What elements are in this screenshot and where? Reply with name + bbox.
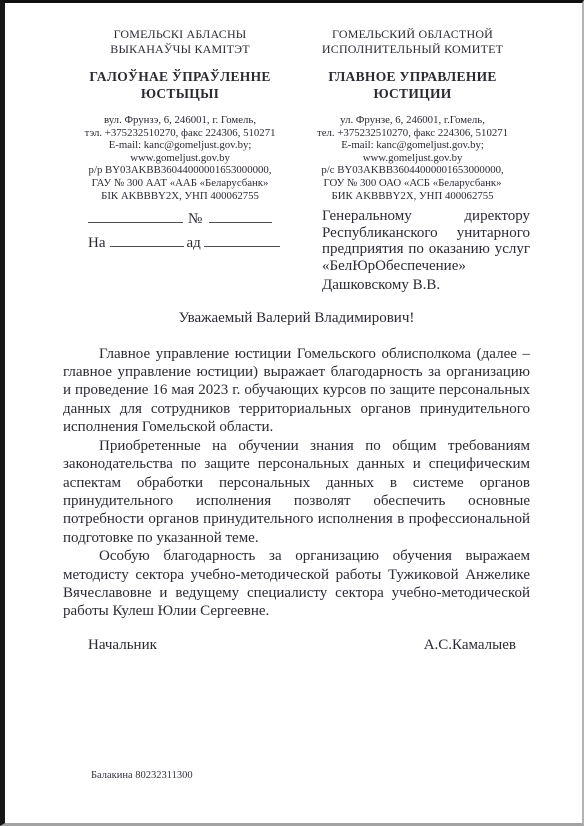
bank-name-line: ГОУ № 300 ОАО «АСБ «Беларусбанк» (295, 177, 530, 190)
bank-code-line: БІК AKBBBY2X, УНП 400062755 (65, 190, 295, 203)
department-name-line: ЮСТЫЦЫІ (65, 86, 295, 103)
department-name-line: ЮСТИЦИИ (295, 86, 530, 103)
bank-code-line: БИК AKBBBY2X, УНП 400062755 (295, 190, 530, 203)
bank-name-line: ГАУ № 300 ААТ «ААБ «Беларусбанк» (65, 177, 295, 190)
email-line: E-mail: kanc@gomeljust.gov.by; (295, 139, 530, 152)
org-name-line: ГОМЕЛЬСКІ АБЛАСНЫ (65, 27, 295, 42)
signature-title: Начальник (88, 637, 157, 654)
number-symbol: № (188, 211, 202, 228)
org-name-line: ВЫКАНАЎЧЫ КАМІТЭТ (65, 42, 295, 57)
incoming-number-blank-line (110, 232, 184, 247)
department-name-line: ГЛАВНОЕ УПРАВЛЕНИЕ (295, 69, 530, 86)
scanned-letter-page: ГОМЕЛЬСКІ АБЛАСНЫ ВЫКАНАЎЧЫ КАМІТЭТ ГАЛО… (0, 0, 584, 826)
department-name-belarusian: ГАЛОЎНАЕ ЎПРАЎЛЕННЕ ЮСТЫЦЫІ (65, 69, 295, 102)
number-blank-line (209, 208, 272, 223)
salutation: Уважаемый Валерий Владимирович! (63, 308, 530, 329)
signature-name: А.С.Камалыев (424, 637, 516, 654)
incoming-reference-line: Наад (88, 232, 288, 256)
bank-account-line: р/р BY03AKBB36044000001653000000, (65, 164, 295, 177)
body-paragraph-2: Приобретенные на обучении знания по общи… (63, 437, 530, 547)
email-line: E-mail: kanc@gomeljust.gov.by; (65, 139, 295, 152)
website-line: www.gomeljust.gov.by (295, 152, 530, 165)
reference-and-addressee-row: № Наад Генеральному директору Республика… (63, 208, 530, 294)
bank-account-line: р/с BY03AKBB36044000001653000000, (295, 164, 530, 177)
incoming-date-blank-line (204, 232, 280, 247)
phone-line: тэл. +375232510270, факс 224306, 510271 (65, 127, 295, 140)
body-paragraph-1: Главное управление юстиции Гомельского о… (63, 345, 530, 437)
website-line: www.gomeljust.gov.by (65, 152, 295, 165)
addressee-name: Дашковскому В.В. (322, 277, 530, 294)
addressee-title: Генеральному директору Республиканского … (322, 208, 530, 274)
org-name-line: ИСПОЛНИТЕЛЬНЫЙ КОМИТЕТ (295, 42, 530, 57)
letterhead-russian-column: ГОМЕЛЬСКИЙ ОБЛАСТНОЙ ИСПОЛНИТЕЛЬНЫЙ КОМИ… (295, 27, 530, 202)
date-blank-line (88, 208, 183, 223)
addressee-block: Генеральному директору Республиканского … (322, 208, 530, 294)
org-name-belarusian: ГОМЕЛЬСКІ АБЛАСНЫ ВЫКАНАЎЧЫ КАМІТЭТ (65, 27, 295, 56)
body-paragraph-3: Особую благодарность за организацию обуч… (63, 547, 530, 621)
letter-content: ГОМЕЛЬСКІ АБЛАСНЫ ВЫКАНАЎЧЫ КАМІТЭТ ГАЛО… (5, 3, 582, 823)
department-name-russian: ГЛАВНОЕ УПРАВЛЕНИЕ ЮСТИЦИИ (295, 69, 530, 102)
letterhead: ГОМЕЛЬСКІ АБЛАСНЫ ВЫКАНАЎЧЫ КАМІТЭТ ГАЛО… (65, 27, 530, 202)
org-name-russian: ГОМЕЛЬСКИЙ ОБЛАСТНОЙ ИСПОЛНИТЕЛЬНЫЙ КОМИ… (295, 27, 530, 56)
signature-row: Начальник А.С.Камалыев (63, 637, 530, 654)
contact-block-belarusian: вул. Фрунзэ, 6, 246001, г. Гомель, тэл. … (65, 114, 295, 202)
executor-note: Балакина 80232311300 (91, 770, 530, 781)
address-line: вул. Фрунзэ, 6, 246001, г. Гомель, (65, 114, 295, 127)
org-name-line: ГОМЕЛЬСКИЙ ОБЛАСТНОЙ (295, 27, 530, 42)
department-name-line: ГАЛОЎНАЕ ЎПРАЎЛЕННЕ (65, 69, 295, 86)
address-line: ул. Фрунзе, 6, 246001, г.Гомель, (295, 114, 530, 127)
na-label: На (88, 235, 106, 252)
contact-block-russian: ул. Фрунзе, 6, 246001, г.Гомель, тел. +3… (295, 114, 530, 202)
letterhead-belarusian-column: ГОМЕЛЬСКІ АБЛАСНЫ ВЫКАНАЎЧЫ КАМІТЭТ ГАЛО… (65, 27, 295, 202)
ad-label: ад (187, 235, 201, 252)
outgoing-number-line: № (88, 208, 288, 232)
reference-lines: № Наад (88, 208, 288, 294)
phone-line: тел. +375232510270, факс 224306, 510271 (295, 127, 530, 140)
